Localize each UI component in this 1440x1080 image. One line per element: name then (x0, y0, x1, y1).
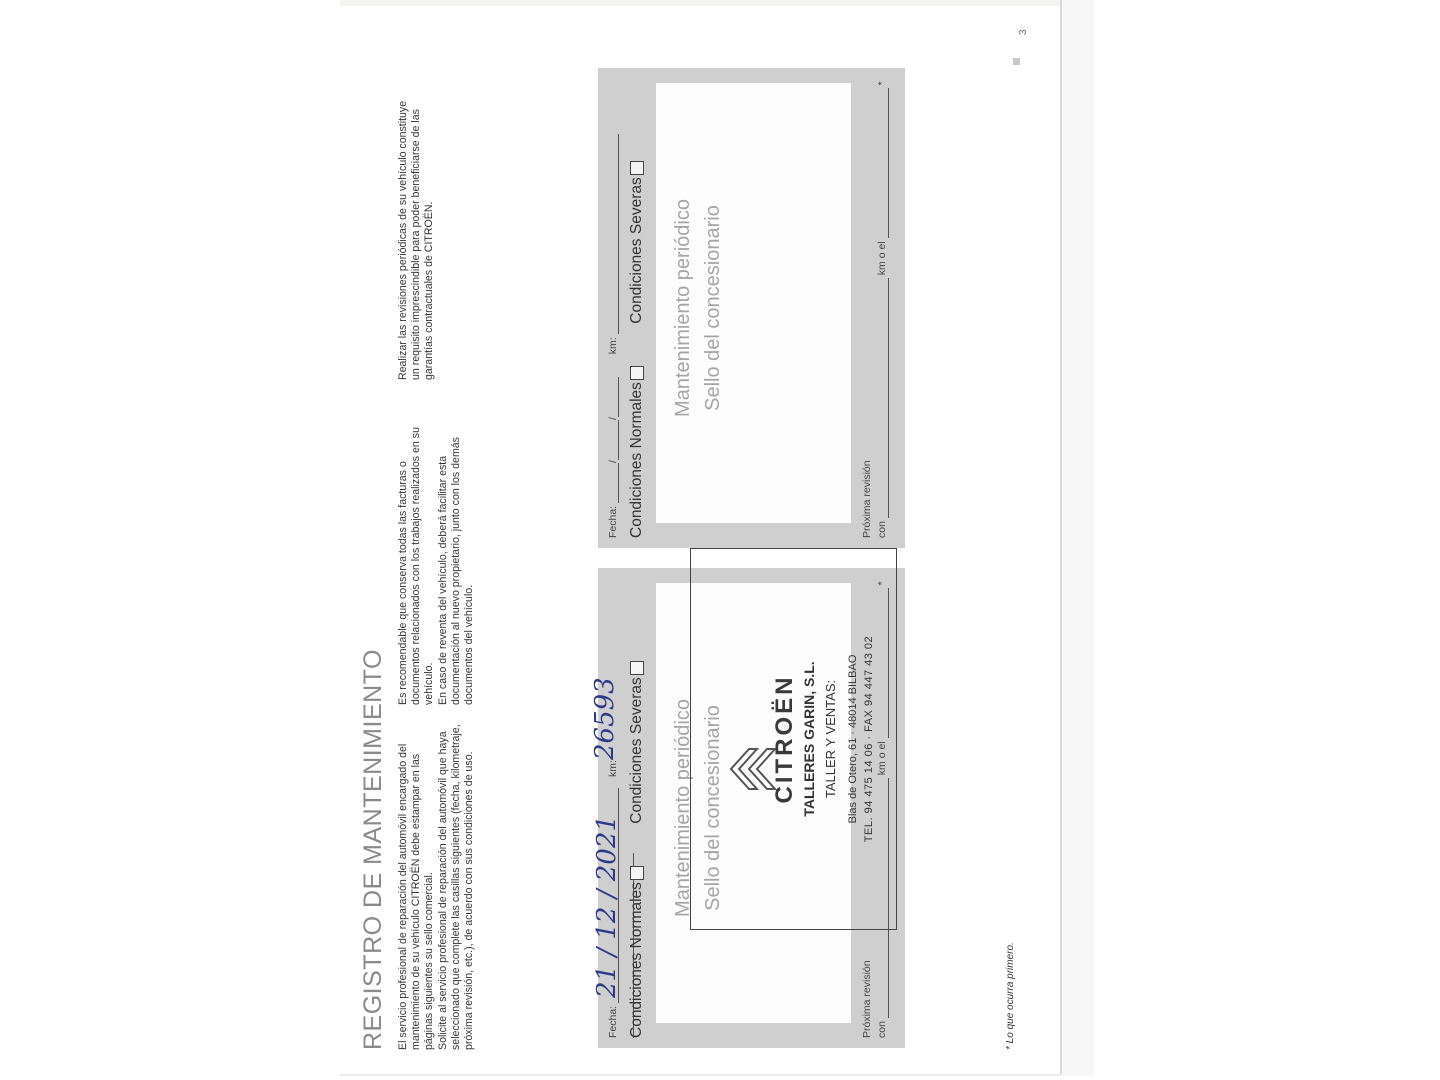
dealer-stamp: CITROËN TALLERES GARIN, S.L. TALLER Y VE… (690, 548, 897, 930)
footnote: * Lo que ocurra primero. (1005, 942, 1016, 1050)
handwritten-km: 26593 (590, 677, 620, 760)
km-field[interactable] (604, 134, 619, 334)
placeholder-line: Sello del concesionario (698, 68, 728, 548)
next-date-field[interactable] (874, 88, 889, 238)
date-km-row: Fecha: // km: (604, 78, 626, 538)
stamp-placeholder: Mantenimiento periódico Sello del conces… (668, 68, 728, 548)
con-label: con (876, 1021, 888, 1038)
stamp-department: TALLER Y VENTAS: (823, 549, 838, 929)
placeholder-line: Mantenimiento periódico (668, 68, 698, 548)
normales-label: Condiciones Normales (628, 882, 645, 1038)
fecha-label: Fecha: (607, 1006, 619, 1038)
paragraph: El servicio profesional de reparación de… (397, 715, 437, 1050)
handwritten-date: 21 / 12 / 2021 (592, 815, 622, 998)
maintenance-card-2: Fecha: // km: Condiciones Normales Condi… (598, 68, 905, 548)
fecha-month-field[interactable] (604, 420, 619, 460)
stamp-company: TALLERES GARIN, S.L. (801, 549, 817, 929)
km-o-el-label: km o el (876, 241, 888, 275)
severas-checkbox[interactable] (630, 161, 644, 175)
next-revision-row: Próxima revisión con km o el * (860, 78, 889, 538)
asterisk: * (876, 81, 888, 85)
km-label: km: (607, 760, 619, 777)
sheet-shadow (1062, 0, 1094, 1076)
paragraph: Es recomendable que conserva todas las f… (397, 415, 437, 705)
intro-column-2: Es recomendable que conserva todas las f… (397, 415, 476, 705)
page-marker (1013, 58, 1020, 65)
fecha-year-field[interactable] (604, 377, 619, 417)
normales-checkbox[interactable] (630, 366, 644, 380)
km-label: km: (607, 337, 619, 354)
stamp-address: Blas de Otero, 61 · 48014 BILBAO (847, 549, 859, 929)
severas-label: Condiciones Severas (628, 677, 645, 823)
next-km-field[interactable] (874, 278, 889, 518)
proxima-label: Próxima revisión (860, 78, 874, 538)
fecha-label: Fecha: (607, 506, 619, 538)
stamp-brand: CITROËN (771, 549, 799, 929)
paragraph: En caso de reventa del vehículo, deberá … (437, 415, 477, 705)
intro-column-1: El servicio profesional de reparación de… (397, 715, 476, 1050)
conditions-row: Condiciones Normales Condiciones Severas (628, 78, 650, 538)
normales-checkbox[interactable] (630, 866, 644, 880)
scanned-page: REGISTRO DE MANTENIMIENTO El servicio pr… (345, 0, 1060, 1075)
page-number: 3 (1018, 29, 1029, 35)
normales-label: Condiciones Normales (628, 382, 645, 538)
stamp-phone: TEL. 94 475 14 06 · FAX 94 447 43 02 (863, 549, 875, 929)
conditions-row: Condiciones Normales Condiciones Severas (628, 578, 650, 1038)
paragraph: Solicite al servicio profesional de repa… (437, 715, 477, 1050)
maintenance-card-1: Fecha: km: 21 / 12 / 2021 26593 Condicio… (598, 568, 905, 1048)
severas-checkbox[interactable] (630, 661, 644, 675)
fecha-day-field[interactable] (604, 463, 619, 503)
con-label: con (876, 521, 888, 538)
paragraph: Realizar las revisiones periódicas de su… (397, 90, 437, 380)
intro-column-3: Realizar las revisiones periódicas de su… (397, 90, 437, 380)
severas-label: Condiciones Severas (628, 177, 645, 323)
page-title: REGISTRO DE MANTENIMIENTO (359, 649, 388, 1050)
